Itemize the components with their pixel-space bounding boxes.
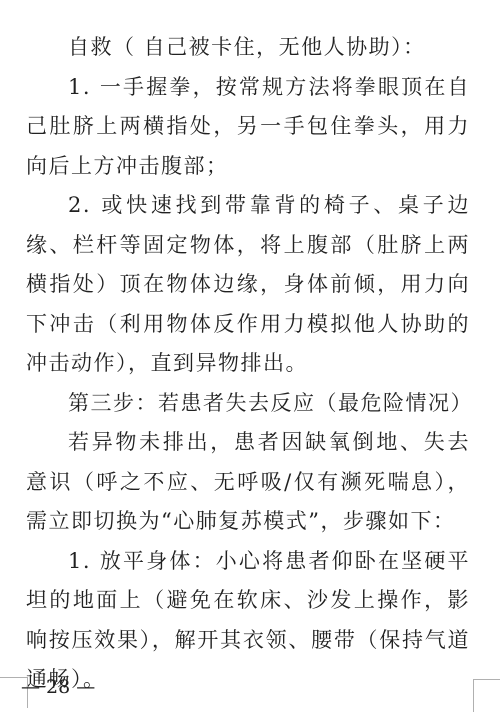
paragraph-cpr-intro: 若异物未排出，患者因缺氧倒地、失去意识（呼之不应、无呼吸/仅有濒死喘息），需立即… [26,423,470,542]
paragraph-self-rescue-step-1: 1. 一手握拳，按常规方法将拳眼顶在自己肚脐上两横指处，另一手包住拳头，用力向后… [26,68,470,187]
paragraph-step-three-heading: 第三步：若患者失去反应（最危险情况） [26,384,470,424]
paragraph-self-rescue-step-2: 2. 或快速找到带靠背的椅子、桌子边缘、栏杆等固定物体，将上腹部（肚脐上两横指处… [26,186,470,384]
crop-mark-bottom-right [473,679,500,712]
page-canvas: 自救（ 自己被卡住，无他人协助）： 1. 一手握拳，按常规方法将拳眼顶在自己肚脐… [0,0,500,712]
paragraph-self-rescue-intro: 自救（ 自己被卡住，无他人协助）： [26,28,470,68]
body-text: 自救（ 自己被卡住，无他人协助）： 1. 一手握拳，按常规方法将拳眼顶在自己肚脐… [26,28,470,700]
document-page-body: { "page": { "background_color": "#ffffff… [0,0,500,712]
page-number: — 28 — [21,676,95,698]
